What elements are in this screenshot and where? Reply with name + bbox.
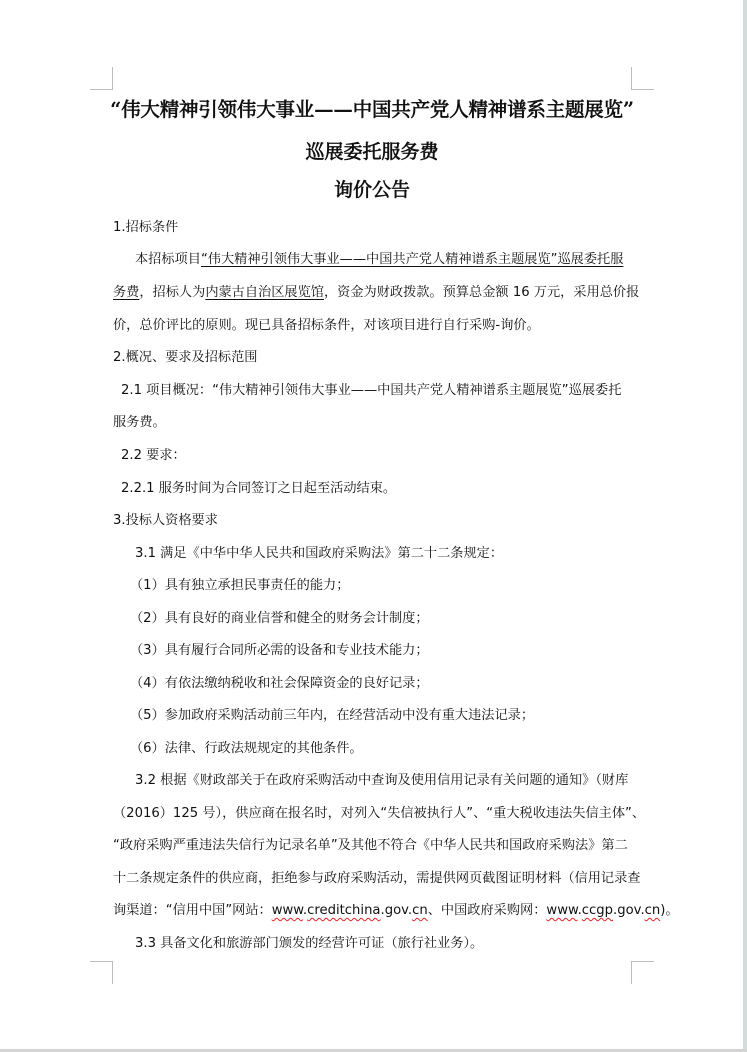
section-2-1-line-1: 2.1 项目概况：“伟大精神引领伟大事业——中国共产党人精神谱系主题展览”巡展委… — [121, 382, 643, 400]
prefix-text: 询渠道：“信用中国”网站： — [113, 903, 272, 918]
section-2-heading: 2.概况、要求及招标范围 — [113, 349, 635, 367]
window-right-edge — [743, 0, 747, 1052]
requirement-item: （5）参加政府采购活动前三年内，在经营活动中没有重大违法记录； — [130, 707, 652, 725]
section-3-2-line-3: “政府采购严重违法失信行为记录名单”及其他不符合《中华人民共和国政府采购法》第二 — [113, 837, 635, 855]
url-ccgp-cn[interactable]: cn — [645, 903, 661, 918]
section-2-2: 2.2 要求： — [121, 447, 643, 465]
section-3-2-line-5: 询渠道：“信用中国”网站：www.creditchina.gov.cn、中国政府… — [113, 902, 635, 920]
section-1-paragraph-line-3: 价，总价评比的原则。现已具备招标条件，对该项目进行自行采购-询价。 — [113, 317, 635, 335]
margin-corner-mark-bottom-right — [631, 961, 654, 984]
suffix-text: )。 — [660, 903, 678, 918]
rest-text: ，资金为财政拨款。预算总金额 16 万元，采用总价报 — [324, 285, 639, 300]
url-creditchina-cn[interactable]: cn — [412, 903, 428, 918]
section-3-2-line-2: （2016）125 号），供应商在报名时，对列入“失信被执行人”、“重大税收违法… — [113, 805, 635, 823]
mid-text: 、中国政府采购网： — [428, 903, 547, 918]
section-3-3: 3.3 具备文化和旅游部门颁发的经营许可证（旅行社业务）。 — [135, 935, 657, 953]
margin-corner-mark-bottom-left — [90, 961, 113, 984]
url-ccgp-domain[interactable]: ccgp — [582, 903, 613, 918]
requirement-item: （2）具有良好的商业信誉和健全的财务会计制度； — [130, 610, 652, 628]
section-3-2-line-4: 十二条规定条件的供应商，拒绝参与政府采购活动，需提供网页截图证明材料（信用记录查 — [113, 870, 635, 888]
url-creditchina-domain[interactable]: creditchina — [307, 903, 380, 918]
requirement-item: （1）具有独立承担民事责任的能力； — [130, 577, 652, 595]
margin-corner-mark-top-right — [631, 67, 654, 90]
section-3-heading: 3.投标人资格要求 — [113, 512, 635, 530]
requirement-item: （4）有依法缴纳税收和社会保障资金的良好记录； — [130, 675, 652, 693]
section-1-heading: 1.招标条件 — [113, 219, 635, 237]
project-name-underlined: “伟大精神引领伟大事业——中国共产党人精神谱系主题展览”巡展委托服 — [201, 252, 623, 267]
project-name-underlined-cont: 务费 — [113, 285, 139, 300]
requirement-item: （3）具有履行合同所必需的设备和专业技术能力； — [130, 642, 652, 660]
section-3-1: 3.1 满足《中华中华人民共和国政府采购法》第二十二条规定： — [135, 545, 657, 563]
section-3-2-line-1: 3.2 根据《财政部关于在政府采购活动中查询及使用信用记录有关问题的通知》（财库 — [135, 772, 657, 790]
section-1-paragraph-line-1: 本招标项目“伟大精神引领伟大事业——中国共产党人精神谱系主题展览”巡展委托服 — [135, 251, 657, 269]
title-line-1: “伟大精神引领伟大事业——中国共产党人精神谱系主题展览” — [90, 94, 654, 122]
section-2-1-line-2: 服务费。 — [113, 414, 635, 432]
url-ccgp-www[interactable]: www — [546, 903, 577, 918]
section-1-paragraph-line-2: 务费，招标人为内蒙古自治区展览馆，资金为财政拨款。预算总金额 16 万元，采用总… — [113, 284, 635, 302]
section-2-2-1: 2.2.1 服务时间为合同签订之日起至活动结束。 — [121, 480, 643, 498]
requirement-item: （6）法律、行政法规规定的其他条件。 — [130, 740, 652, 758]
url-creditchina-www[interactable]: www — [272, 903, 303, 918]
title-line-3: 询价公告 — [90, 175, 654, 202]
mid-text: ，招标人为 — [139, 285, 205, 300]
title-line-2: 巡展委托服务费 — [90, 137, 654, 164]
prefix-text: 本招标项目 — [135, 252, 201, 267]
margin-corner-mark-top-left — [90, 67, 113, 90]
url-gov: .gov. — [613, 903, 645, 918]
url-gov: .gov. — [381, 903, 413, 918]
tenderer-name-underlined: 内蒙古自治区展览馆 — [205, 285, 324, 300]
